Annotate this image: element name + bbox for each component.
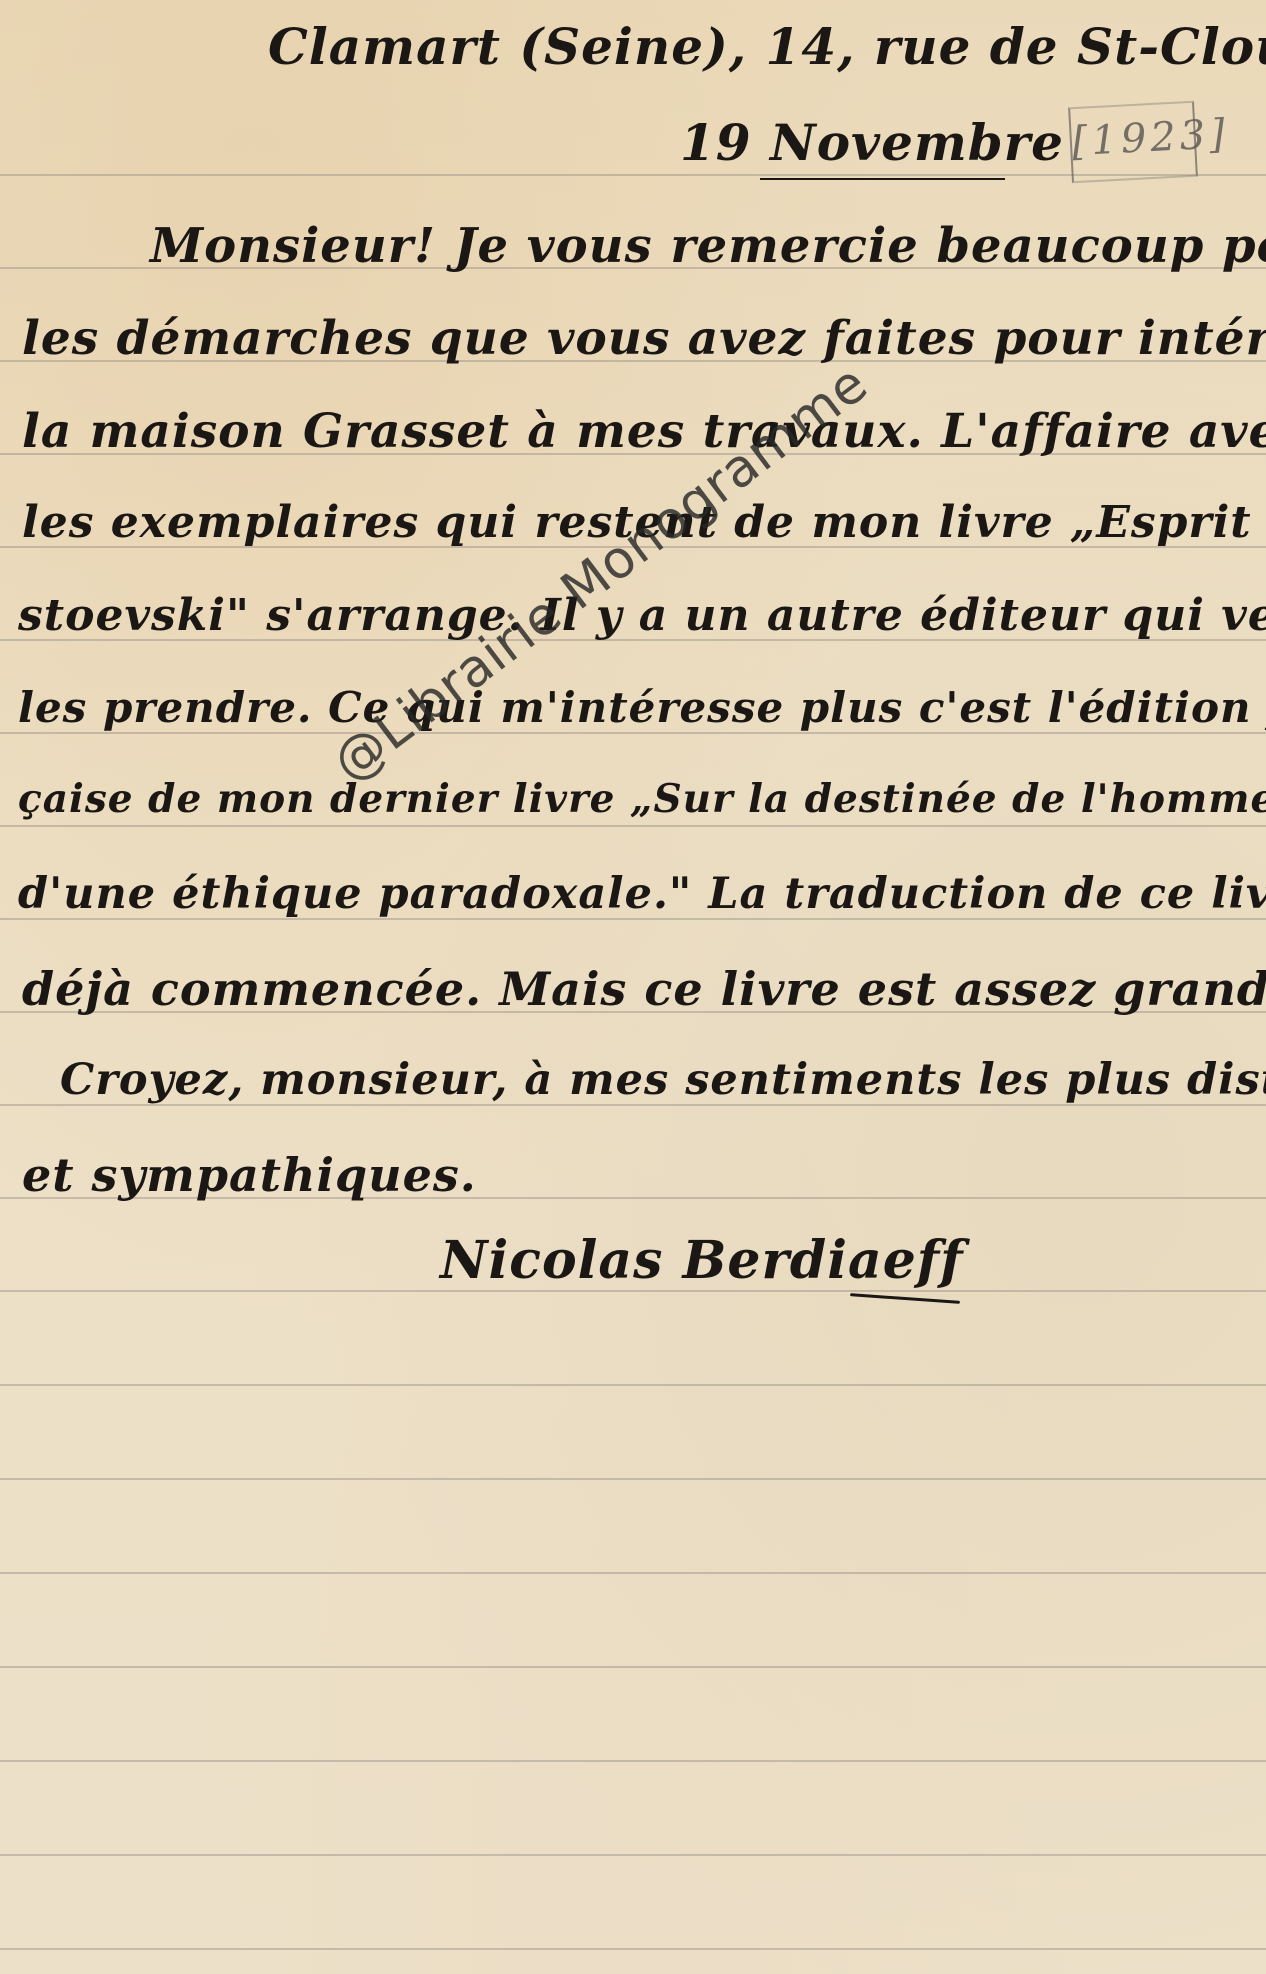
body-line: d'une éthique paradoxale." La traduction…: [18, 873, 1266, 916]
body-line: la maison Grasset à mes travaux. L'affai…: [22, 408, 1266, 455]
body-line: les démarches que vous avez faites pour …: [22, 315, 1266, 362]
sender-address: Clamart (Seine), 14, rue de St-Cloud: [268, 22, 1266, 72]
ruled-line: [0, 825, 1266, 827]
year-annotation-box: [1923]: [1068, 101, 1198, 183]
signature: Nicolas Berdiaeff: [440, 1235, 964, 1287]
body-line: çaise de mon dernier livre „Sur la desti…: [18, 780, 1266, 819]
ruled-line: [0, 732, 1266, 734]
year-annotation: [1923]: [1071, 113, 1195, 165]
ruled-line: [0, 1666, 1266, 1668]
body-line: stoevski" s'arrange. Il y a un autre édi…: [18, 594, 1266, 638]
ruled-line: [0, 1478, 1266, 1480]
signature-flourish: [850, 1293, 960, 1304]
ruled-line: [0, 1948, 1266, 1950]
ruled-line: [0, 1572, 1266, 1574]
letter-page: Clamart (Seine), 14, rue de St-Cloud 19 …: [0, 0, 1266, 1974]
date-underline: [760, 178, 1005, 180]
salutation-line: Monsieur! Je vous remercie beaucoup pour: [150, 222, 1266, 270]
letter-date: 19 Novembre: [680, 118, 1064, 168]
body-line: déjà commencée. Mais ce livre est assez …: [22, 966, 1266, 1012]
body-line: les prendre. Ce qui m'intéresse plus c'e…: [18, 687, 1266, 729]
closing-line: Croyez, monsieur, à mes sentiments les p…: [60, 1059, 1266, 1102]
ruled-line: [0, 1384, 1266, 1386]
ruled-line: [0, 1760, 1266, 1762]
closing-line: et sympathiques.: [22, 1152, 477, 1198]
ruled-line: [0, 1854, 1266, 1856]
